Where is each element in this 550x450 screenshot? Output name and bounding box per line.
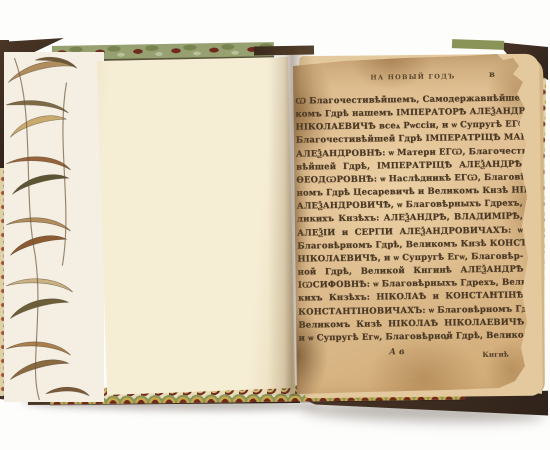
church-slavonic-text-block: Ѡ Благочестивѣйшемъ, Самодержавнѣйшемъ, …: [295, 92, 524, 345]
blank-left-page: [88, 50, 298, 400]
spine-edge-top: [254, 45, 314, 55]
text-line: и ѡ Супругѣ Егѡ, Благовѣрной Гдрѣ, Велик…: [299, 329, 525, 345]
botanical-endpaper-pattern: [4, 52, 104, 402]
running-head: НА НОВЫЙ ГОДЪ: [343, 72, 483, 82]
quire-signature: А в: [379, 347, 415, 358]
endpaper-leaf-art: [4, 52, 104, 402]
open-antique-book-photo: НА НОВЫЙ ГОДЪ в Ѡ Благочестивѣйшемъ, Сам…: [0, 0, 550, 450]
right-page-content: НА НОВЫЙ ГОДЪ в Ѡ Благочестивѣйшемъ, Сам…: [283, 46, 540, 399]
marbled-edge-top-far-right: [452, 39, 504, 50]
catchword: Кнгнѣ: [425, 350, 509, 360]
aged-right-page: НА НОВЫЙ ГОДЪ в Ѡ Благочестивѣйшемъ, Сам…: [285, 48, 537, 398]
folio-number: в: [483, 70, 501, 80]
